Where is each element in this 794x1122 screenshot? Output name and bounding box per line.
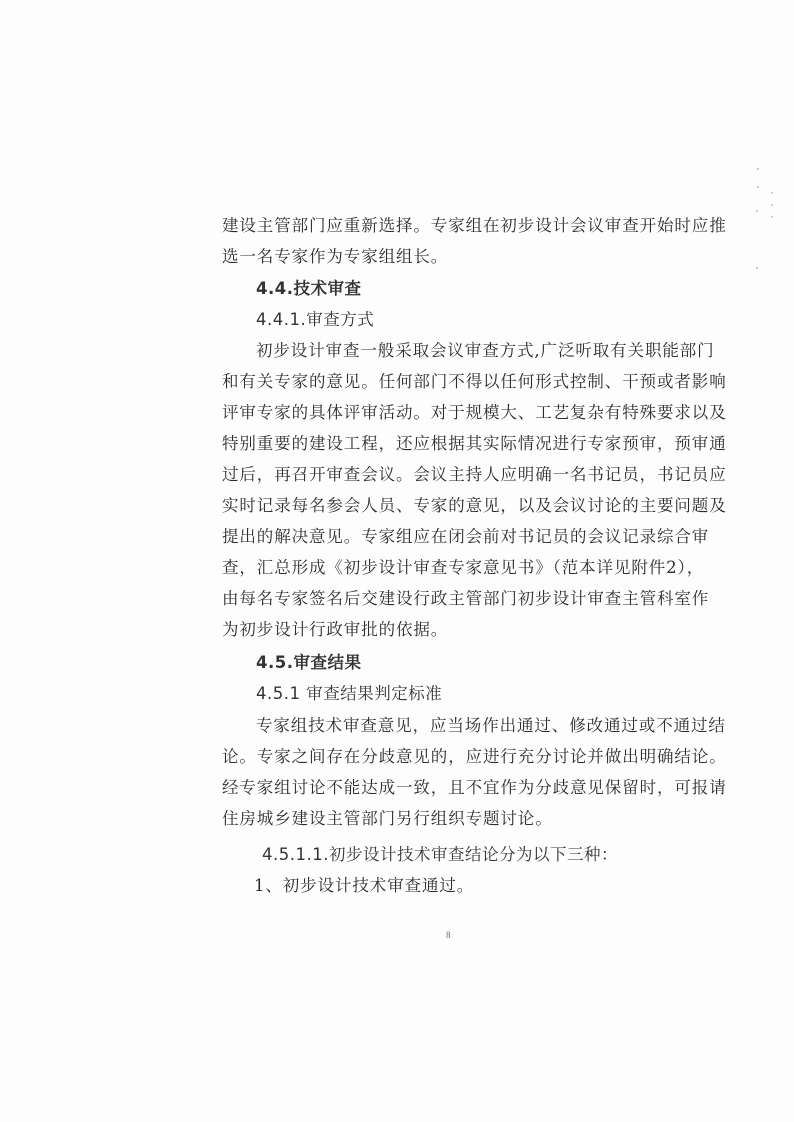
scan-speck xyxy=(771,204,773,206)
body-text-line: 建设主管部门应重新选择。专家组在初步设计会议审查开始时应推 xyxy=(222,216,677,236)
paragraph-line: 为初步设计行政审批的依据。 xyxy=(222,620,677,640)
scan-speck xyxy=(757,168,759,170)
paragraph-line: 论。专家之间存在分歧意见的，应进行充分讨论并做出明确结论。 xyxy=(222,747,677,767)
scan-speck xyxy=(757,186,759,188)
paragraph-line: 和有关专家的意见。任何部门不得以任何形式控制、干预或者影响 xyxy=(222,372,677,392)
paragraph-line: 提出的解决意见。专家组应在闭会前对书记员的会议记录综合审 xyxy=(222,527,677,547)
paragraph-line: 评审专家的具体评审活动。对于规模大、工艺复杂有特殊要求以及 xyxy=(222,403,677,423)
paragraph-line: 查，汇总形成《初步设计审查专家意见书》（范本详见附件2）， xyxy=(222,558,677,578)
paragraph-line: 特别重要的建设工程，还应根据其实际情况进行专家预审，预审通 xyxy=(222,434,677,454)
document-page: 建设主管部门应重新选择。专家组在初步设计会议审查开始时应推 选一名专家作为专家组… xyxy=(0,0,794,1122)
paragraph-line: 过后，再召开审查会议。会议主持人应明确一名书记员，书记员应 xyxy=(222,465,677,485)
paragraph-line: 实时记录每名参会人员、专家的意见，以及会议讨论的主要问题及 xyxy=(222,496,677,516)
section-heading-4-5: 4.5.审查结果 xyxy=(256,653,711,673)
scan-speck xyxy=(756,210,758,212)
scan-speck xyxy=(771,192,773,194)
paragraph-line: 经专家组讨论不能达成一致，且不宜作为分歧意见保留时，可报请 xyxy=(222,778,677,798)
subsection-heading-4-5-1: 4.5.1 审查结果判定标准 xyxy=(256,684,711,704)
scan-speck xyxy=(756,267,758,269)
scan-speck xyxy=(771,216,773,218)
body-text-line: 选一名专家作为专家组组长。 xyxy=(222,247,677,267)
paragraph-line: 住房城乡建设主管部门另行组织专题讨论。 xyxy=(222,809,677,829)
paragraph-line: 由每名专家签名后交建设行政主管部门初步设计审查主管科室作 xyxy=(222,589,677,609)
subsection-heading-4-4-1: 4.4.1.审查方式 xyxy=(256,310,711,330)
subsection-heading-4-5-1-1: 4.5.1.1.初步设计技术审查结论分为以下三种： xyxy=(262,845,717,865)
section-heading-4-4: 4.4.技术审查 xyxy=(256,279,711,299)
list-item: 1、初步设计技术审查通过。 xyxy=(254,876,709,896)
paragraph-line: 专家组技术审查意见，应当场作出通过、修改通过或不通过结 xyxy=(256,716,677,736)
page-number: 8 xyxy=(446,930,451,940)
paragraph-line: 初步设计审查一般采取会议审查方式,广泛听取有关职能部门 xyxy=(256,341,677,361)
